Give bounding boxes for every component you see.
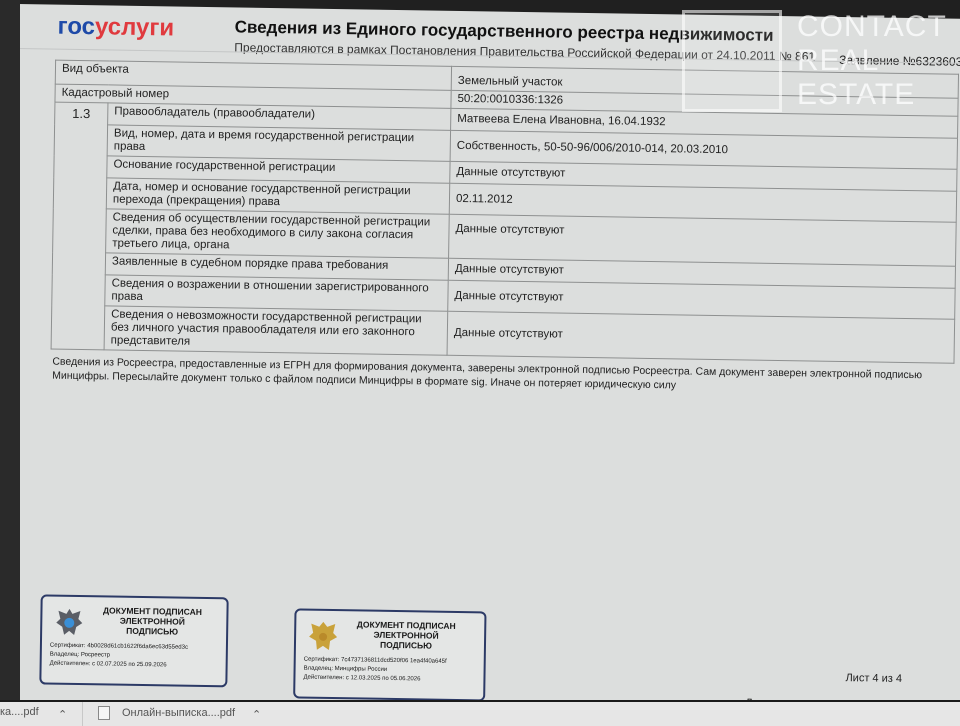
stamp-certificate: Сертификат: 7c4737136811dcd520f06 1ea4f4…: [304, 657, 447, 665]
watermark-logo-box: [682, 10, 782, 112]
watermark-line-1: CONTACT: [797, 12, 947, 42]
coat-of-arms-icon: [308, 619, 339, 655]
section-number: 1.3: [51, 102, 108, 350]
stamp-validity: Действителен: с 12.03.2025 по 05.06.2026: [303, 675, 420, 683]
stamp-certificate: Сертификат: 4b0028d61cb1622f6da6ec63d55e…: [50, 643, 188, 651]
download-item[interactable]: ка....pdf: [0, 706, 39, 718]
chevron-up-icon[interactable]: ⌃: [58, 708, 67, 721]
download-filename: Онлайн-выписка....pdf: [122, 707, 235, 719]
stamp-owner: Владелец: Минцифры России: [304, 666, 388, 673]
file-icon: [98, 706, 110, 720]
stamp-title: ДОКУМЕНТ ПОДПИСАН ЭЛЕКТРОННОЙ ПОДПИСЬЮ: [346, 619, 466, 651]
download-item[interactable]: Онлайн-выписка....pdf: [98, 706, 235, 720]
document-page: госуслуги Сведения из Единого государств…: [7, 4, 960, 719]
row-value: Данные отсутствуют: [447, 311, 955, 363]
download-filename: ка....pdf: [0, 706, 39, 718]
rosreestr-emblem-icon: [54, 605, 85, 641]
row-label: Сведения о невозможности государственной…: [104, 306, 448, 355]
page-counter: Лист 4 из 4: [845, 672, 902, 685]
stamp-title: ДОКУМЕНТ ПОДПИСАН ЭЛЕКТРОННОЙ ПОДПИСЬЮ: [92, 605, 212, 637]
logo-part-gos: гос: [57, 13, 95, 41]
contact-real-estate-watermark: CONTACT REAL ESTATE: [682, 10, 960, 110]
logo-part-uslugi: услуги: [95, 13, 175, 41]
row-label: Сведения об осуществлении государственно…: [106, 209, 450, 258]
download-separator: [82, 702, 83, 726]
stamp-validity: Действителен: с 02.07.2025 по 25.09.2026: [50, 661, 167, 669]
watermark-line-2: REAL: [797, 46, 879, 76]
chevron-up-icon[interactable]: ⌃: [252, 708, 261, 721]
row-value: Данные отсутствуют: [449, 214, 957, 266]
monitor-bezel-left: [0, 0, 20, 726]
mincifry-signature-stamp: ДОКУМЕНТ ПОДПИСАН ЭЛЕКТРОННОЙ ПОДПИСЬЮ С…: [293, 608, 486, 701]
rosreestr-signature-stamp: ДОКУМЕНТ ПОДПИСАН ЭЛЕКТРОННОЙ ПОДПИСЬЮ С…: [39, 594, 228, 687]
gosuslugi-logo: госуслуги: [57, 13, 174, 43]
downloads-bar: ка....pdf ⌃ Онлайн-выписка....pdf ⌃: [0, 700, 960, 726]
watermark-line-3: ESTATE: [797, 80, 915, 110]
stamp-owner: Владелец: Росреестр: [50, 652, 110, 659]
